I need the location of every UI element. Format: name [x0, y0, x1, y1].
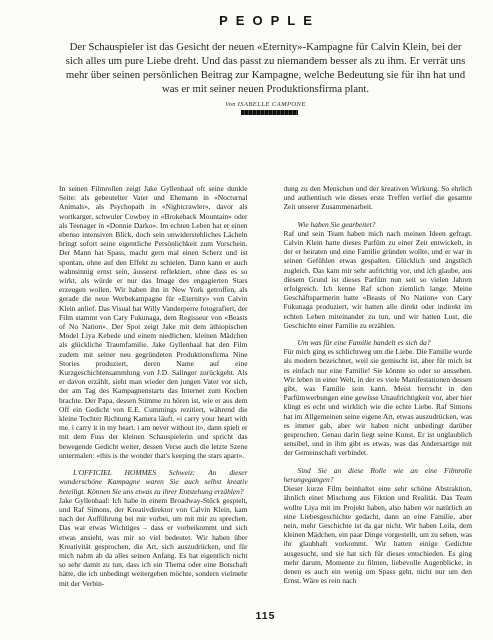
intro-paragraph: Der Schauspieler ist das Gesicht der neu…: [62, 41, 469, 97]
byline-prefix: Von: [225, 101, 235, 108]
column-right: dung zu den Menschen und der kreativen W…: [284, 184, 473, 598]
answer-paragraph: Jake Gyllenhaal: Ich habe in einem Broad…: [59, 496, 248, 588]
question-paragraph: Sind Sie an diese Rolle wie an eine Film…: [284, 466, 473, 484]
question-paragraph: Wie haben Sie gearbeitet?: [284, 220, 473, 229]
magazine-page: PEOPLE Der Schauspieler ist das Gesicht …: [0, 0, 493, 640]
answer-paragraph: Raf und sein Team haben mich nach meinen…: [284, 229, 473, 330]
page-number: 115: [59, 610, 472, 622]
answer-paragraph: Für mich ging es schlichtweg um die Lieb…: [284, 347, 473, 457]
byline: Von ISABELLE CAMPONE: [59, 101, 472, 108]
page-content: PEOPLE Der Schauspieler ist das Gesicht …: [59, 0, 472, 640]
body-paragraph: In seinen Filmrollen zeigt Jake Gyllenha…: [59, 184, 248, 460]
question-paragraph: L'OFFICIEL HOMMES Schweiz: An dieser wun…: [59, 468, 248, 496]
byline-name: ISABELLE CAMPONE: [238, 101, 306, 108]
column-left: In seinen Filmrollen zeigt Jake Gyllenha…: [59, 184, 248, 598]
answer-paragraph: dung zu den Menschen und der kreativen W…: [284, 184, 473, 212]
credit-bar: [241, 110, 298, 115]
answer-paragraph: Dieser kurze Film beinhaltet eine sehr s…: [284, 484, 473, 585]
question-paragraph: Um was für eine Familie handelt es sich …: [284, 338, 473, 347]
article-columns: In seinen Filmrollen zeigt Jake Gyllenha…: [59, 184, 472, 598]
section-title: PEOPLE: [59, 13, 472, 28]
